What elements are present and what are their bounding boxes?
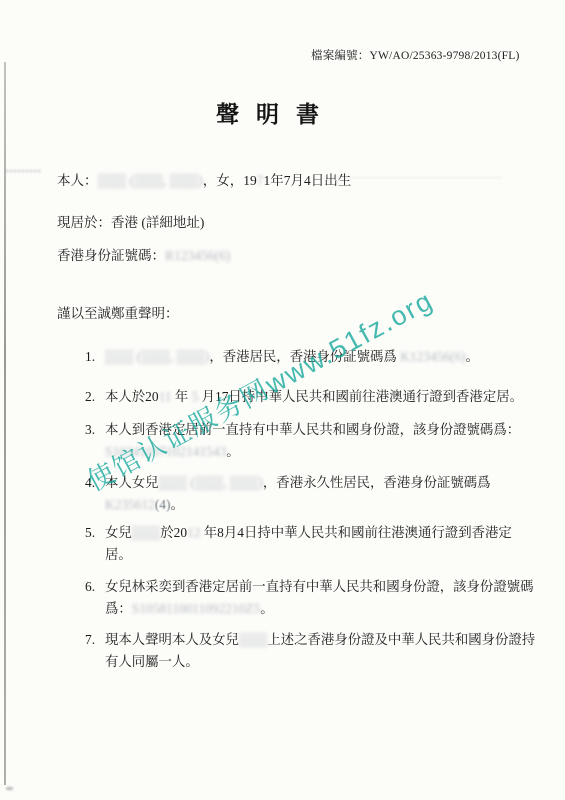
item-number: 7. bbox=[85, 629, 95, 651]
item-text: 女兒▒▒▒於2012 年8月4日持中華人民共和國前往港澳通行證到香港定居。 bbox=[105, 525, 512, 562]
scan-smudge bbox=[6, 170, 40, 172]
item-number: 5. bbox=[85, 522, 95, 544]
item-text: 本人女兒▒▒▒ (▒▒▒, ▒▒▒)，香港永久性居民，香港身份証號碼爲K2356… bbox=[105, 475, 491, 512]
file-number: 檔案編號：YW/AO/25363-9798/2013(FL) bbox=[311, 47, 520, 63]
document-title: 聲明書 bbox=[0, 96, 535, 129]
statement-item-1: 1. ▒▒▒ (▒▒▒, ▒▒▒)，香港居民，香港身份証號碼爲 K123456(… bbox=[85, 346, 536, 368]
scanned-declaration-page: 檔案編號：YW/AO/25363-9798/2013(FL) 聲明書 本人：▒▒… bbox=[0, 0, 565, 800]
statement-item-2: 2. 本人於2011 年 5 月17日持中華人民共和國前往港澳通行證到香港定居。 bbox=[85, 386, 536, 408]
item-number: 1. bbox=[85, 346, 95, 368]
item-number: 2. bbox=[85, 386, 95, 408]
declarant-info-line: 本人：▒▒▒ (▒▒▒, ▒▒▒)，女，1971年7月4日出生 bbox=[57, 169, 351, 189]
item-number: 6. bbox=[85, 576, 95, 598]
item-text: ▒▒▒ (▒▒▒, ▒▒▒)，香港居民，香港身份証號碼爲 K123456(6)。 bbox=[105, 349, 479, 364]
statement-item-4: 4. 本人女兒▒▒▒ (▒▒▒, ▒▒▒)，香港永久性居民，香港身份証號碼爲K2… bbox=[85, 472, 536, 516]
statement-item-7: 7. 現本人聲明本人及女兒▒▒▒上述之香港身份證及中華人民共和國身份證持有人同屬… bbox=[85, 629, 536, 673]
item-text: 女兒林采奕到香港定居前一直持有中華人民共和國身份證，該身份證號碼爲：S10581… bbox=[105, 579, 534, 616]
scan-noise bbox=[332, 177, 502, 178]
pledge-line: 謹以至誠鄭重聲明： bbox=[57, 302, 179, 322]
statement-item-3: 3. 本人到香港定居前一直持有中華人民共和國身份證，該身份證號碼爲：S10341… bbox=[85, 419, 536, 463]
item-text: 本人到香港定居前一直持有中華人民共和國身份證，該身份證號碼爲：S10341037… bbox=[105, 422, 520, 459]
statement-item-6: 6. 女兒林采奕到香港定居前一直持有中華人民共和國身份證，該身份證號碼爲：S10… bbox=[85, 576, 536, 620]
item-text: 本人於2011 年 5 月17日持中華人民共和國前往港澳通行證到香港定居。 bbox=[105, 389, 523, 404]
item-text: 現本人聲明本人及女兒▒▒▒上述之香港身份證及中華人民共和國身份證持有人同屬一人。 bbox=[105, 632, 535, 669]
item-number: 4. bbox=[85, 472, 95, 494]
item-number: 3. bbox=[85, 419, 95, 441]
statement-item-5: 5. 女兒▒▒▒於2012 年8月4日持中華人民共和國前往港澳通行證到香港定居。 bbox=[85, 522, 536, 566]
address-line: 現居於：香港 (詳細地址) bbox=[57, 211, 204, 231]
scan-corner-mark bbox=[6, 787, 13, 790]
hkid-line: 香港身份証號碼：R123456(6) bbox=[57, 244, 230, 264]
